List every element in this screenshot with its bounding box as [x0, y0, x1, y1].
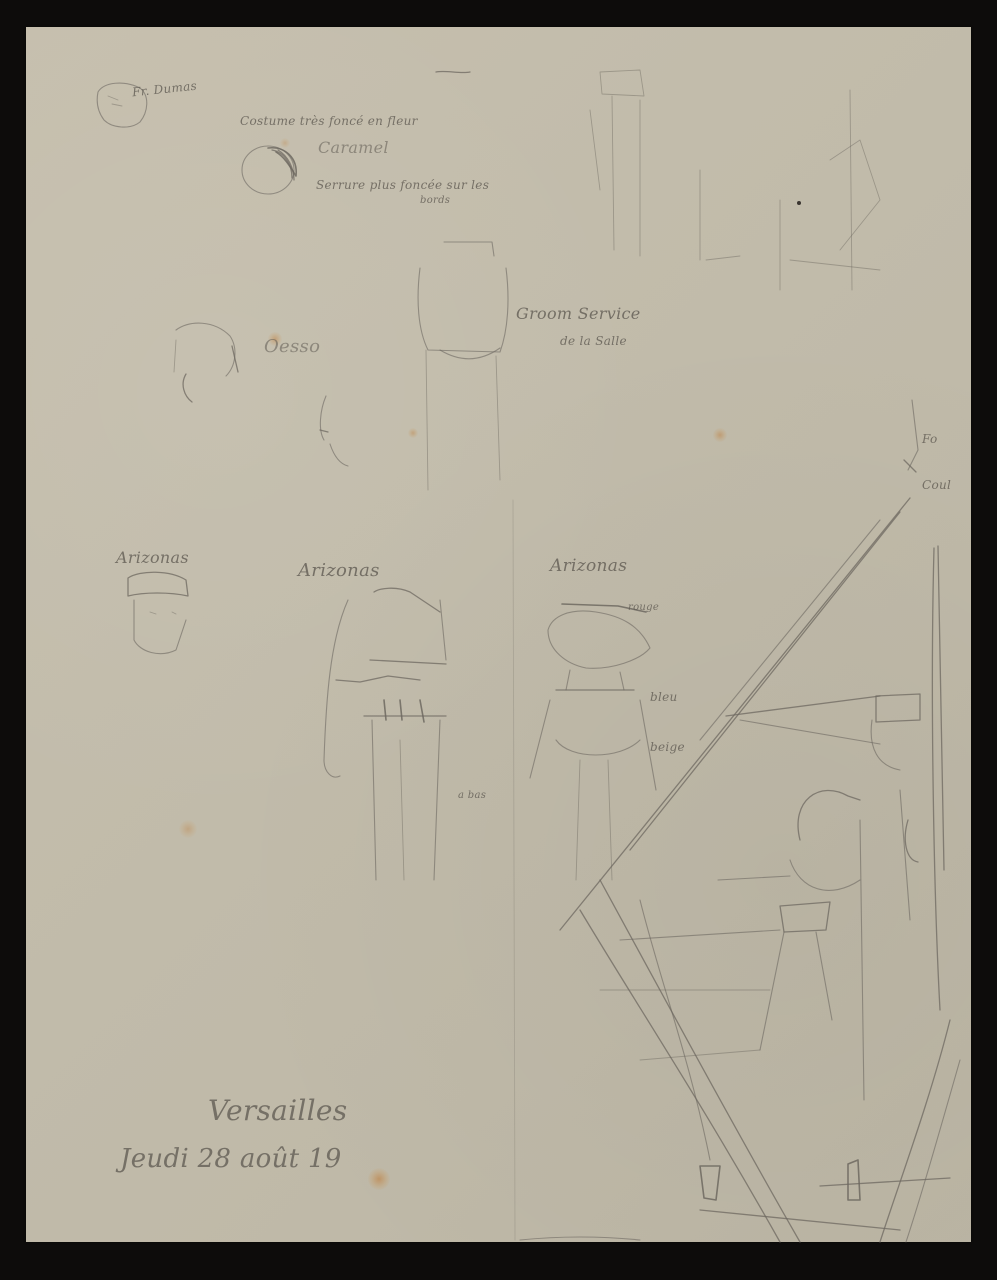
annotation-bords-note: bords: [420, 195, 450, 206]
annotation-arizonas-3: Arizonas: [550, 556, 627, 576]
annotation-de-la-salle: de la Salle: [560, 334, 627, 348]
annotation-arizonas-1: Arizonas: [116, 548, 189, 567]
annotation-bleu: bleu: [650, 690, 678, 704]
foxing-stain: [368, 1168, 390, 1190]
foxing-stain: [408, 428, 418, 438]
foxing-stain: [179, 820, 197, 838]
foxing-stain: [280, 138, 290, 148]
annotation-beige: beige: [650, 740, 685, 754]
annotation-right-edge-1: Fo: [922, 432, 938, 446]
paper-sheet: [26, 27, 971, 1242]
annotation-costume-note: Costume très foncé en fleur: [240, 114, 418, 128]
annotation-profile-label: Oesso: [264, 336, 320, 357]
annotation-date: Jeudi 28 août 19: [120, 1144, 342, 1174]
annotation-groom-service: Groom Service: [516, 304, 641, 323]
annotation-serrure-note: Serrure plus foncée sur les: [316, 178, 489, 192]
annotation-a-bas: a bas: [458, 790, 486, 801]
annotation-right-edge-2: Coul: [922, 478, 951, 492]
annotation-caramel-note: Caramel: [318, 138, 389, 157]
annotation-rouge: rouge: [628, 602, 659, 613]
annotation-place-versailles: Versailles: [208, 1094, 347, 1127]
annotation-arizonas-2: Arizonas: [298, 560, 380, 581]
foxing-stain: [713, 428, 727, 442]
